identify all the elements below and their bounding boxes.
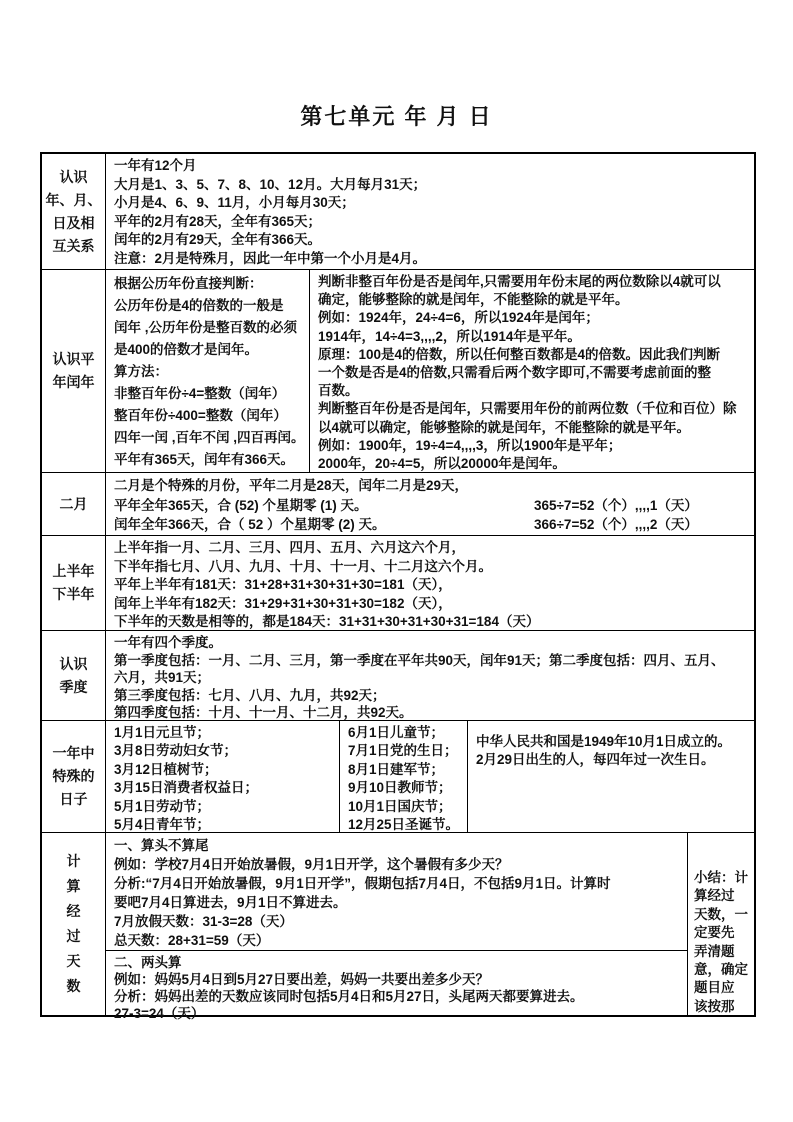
text-line: 一年有12个月 bbox=[114, 157, 746, 176]
text-line: 四年一闰 ,百年不闰 ,四百再闰。 bbox=[114, 427, 301, 449]
page-title: 第七单元 年 月 日 bbox=[0, 100, 793, 131]
text-line: 第四季度包括：十月、十一月、十二月，共92天。 bbox=[114, 704, 746, 720]
formula-segment: 366÷7=52（个）,,,,2（天） bbox=[534, 515, 746, 535]
table-row: 上半年 下半年 上半年指一月、二月、三月、四月、五月、六月这六个月， 下半年指七… bbox=[42, 535, 754, 630]
formula-segment: 365÷7=52（个）,,,,1（天） bbox=[534, 496, 746, 516]
leap-year-explain-cell: 判断非整百年份是否是闰年,只需要用年份末尾的两位数除以4就可以 确定，能够整除的… bbox=[310, 270, 754, 472]
row-header: 上半年 下半年 bbox=[42, 536, 106, 630]
text-line: 闰年全年366天，合（ 52 ）个星期零 (2) 天。 366÷7=52（个）,… bbox=[114, 515, 746, 535]
text-line: 非整百年份÷4=整数（闰年） bbox=[114, 383, 301, 405]
text-line: 要吧7月4日算进去，9月1日不算进去。 bbox=[114, 893, 679, 912]
text-line: 判断非整百年份是否是闰年,只需要用年份末尾的两位数除以4就可以 bbox=[318, 273, 746, 291]
text-line: 一个数是否是4的倍数,只需看后两个数字即可,不需要考虑前面的整 bbox=[318, 364, 746, 382]
table-row: 计 算 经 过 天 数 一、算头不算尾 例如：学校7月4日开始放暑假，9月1日开… bbox=[42, 832, 754, 1015]
text-line: 10月1日国庆节； bbox=[348, 798, 459, 816]
row-content: 一年有四个季度。 第一季度包括：一月、二月、三月，第一季度在平年共90天，闰年9… bbox=[106, 631, 754, 720]
text-line: 6月1日儿童节； bbox=[348, 724, 459, 742]
text-line: 3月12日植树节； bbox=[114, 761, 331, 779]
text-line: 8月1日建军节； bbox=[348, 761, 459, 779]
text-line: 算方法： bbox=[114, 361, 301, 383]
row-content: 上半年指一月、二月、三月、四月、五月、六月这六个月， 下半年指七月、八月、九月、… bbox=[106, 536, 754, 630]
text-line: 9月10日教师节； bbox=[348, 779, 459, 797]
text-line: 2000年，20÷4=5，所以20000年是闰年。 bbox=[318, 455, 746, 472]
text-line: 判断整百年份是否是闰年，只需要用年份的前两位数（千位和百位）除 bbox=[318, 400, 746, 418]
text-line: 1月1日元旦节； bbox=[114, 724, 331, 742]
text-line: 平年的2月有28天，全年有365天； bbox=[114, 213, 746, 232]
method-2-section: 二、两头算 例如：妈妈5月4日到5月27日要出差，妈妈一共要出差多少天？ 分析：… bbox=[106, 950, 687, 1022]
text-line: 中华人民共和国是1949年10月1日成立的。 bbox=[476, 733, 746, 751]
row-header: 一年中 特殊的 日子 bbox=[42, 721, 106, 832]
text-line: 小月是4、6、9、11月，小月每月30天； bbox=[114, 194, 746, 213]
text-line: 整百年份÷400=整数（闰年） bbox=[114, 405, 301, 427]
text-line: 5月1日劳动节； bbox=[114, 798, 331, 816]
text-line: 闰年 ,公历年份是整百数的必须 bbox=[114, 317, 301, 339]
row-header: 计 算 经 过 天 数 bbox=[42, 833, 106, 1015]
text-line: 根据公历年份直接判断： bbox=[114, 273, 301, 295]
document-page: 第七单元 年 月 日 认识 年、月、 日及相 互关系 一年有12个月 大月是1、… bbox=[0, 0, 793, 1122]
text-line: 闰年的2月有29天，全年有366天。 bbox=[114, 231, 746, 250]
text-line: 上半年指一月、二月、三月、四月、五月、六月这六个月， bbox=[114, 539, 746, 558]
text-line: 12月25日圣诞节。 bbox=[348, 816, 459, 832]
text-line: 平年上半年有181天：31+28+31+30+31+30=181（天）， bbox=[114, 576, 746, 595]
summary-note: 小结：计 算经过 天数，一 定要先 弄清题 意，确定 题目应 该按那 bbox=[687, 833, 754, 1015]
row-header: 认识平 年闰年 bbox=[42, 270, 106, 472]
text-line: 27-3=24（天） bbox=[114, 1005, 679, 1022]
text-line: 分析：妈妈出差的天数应该同时包括5月4日和5月27日，头尾两天都要算进去。 bbox=[114, 988, 679, 1005]
text-line: 分析:“7月4日开始放暑假，9月1日开学”，假期包括7月4日，不包括9月1日。计… bbox=[114, 874, 679, 893]
text-line: 闰年上半年有182天：31+29+31+30+31+30=182（天）， bbox=[114, 595, 746, 614]
text-line: 平年全年365天，合 (52) 个星期零 (1) 天。 365÷7=52（个）,… bbox=[114, 496, 746, 516]
text-line: 1914年，14÷4=3,,,,2，所以1914年是平年。 bbox=[318, 328, 746, 346]
text-line: 总天数：28+31=59（天） bbox=[114, 931, 679, 950]
text-segment: 平年全年365天，合 (52) 个星期零 (1) 天。 bbox=[114, 496, 534, 516]
text-line: 确定，能够整除的就是闰年，不能整除的就是平年。 bbox=[318, 291, 746, 309]
row-content: 一年有12个月 大月是1、3、5、7、8、10、12月。大月每月31天； 小月是… bbox=[106, 154, 754, 269]
text-line: 是400的倍数才是闰年。 bbox=[114, 339, 301, 361]
text-line: 例如：妈妈5月4日到5月27日要出差，妈妈一共要出差多少天？ bbox=[114, 971, 679, 988]
row-header: 二月 bbox=[42, 473, 106, 535]
table-row: 二月 二月是个特殊的月份，平年二月是28天，闰年二月是29天， 平年全年365天… bbox=[42, 472, 754, 535]
text-line: 原理：100是4的倍数，所以任何整百数都是4的倍数。因此我们判断 bbox=[318, 346, 746, 364]
leap-year-rule-cell: 根据公历年份直接判断： 公历年份是4的倍数的一般是 闰年 ,公历年份是整百数的必… bbox=[106, 270, 310, 472]
table-row: 认识 年、月、 日及相 互关系 一年有12个月 大月是1、3、5、7、8、10、… bbox=[42, 154, 754, 269]
day-count-main: 一、算头不算尾 例如：学校7月4日开始放暑假，9月1日开学，这个暑假有多少天？ … bbox=[106, 833, 687, 1015]
row-header: 认识 季度 bbox=[42, 631, 106, 720]
text-line: 注意：2月是特殊月，因此一年中第一个小月是4月。 bbox=[114, 250, 746, 269]
holidays-col2: 6月1日儿童节； 7月1日党的生日； 8月1日建军节； 9月10日教师节； 10… bbox=[340, 721, 468, 832]
text-line: 第一季度包括：一月、二月、三月，第一季度在平年共90天，闰年91天；第二季度包括… bbox=[114, 652, 746, 670]
text-line: 7月1日党的生日； bbox=[348, 742, 459, 760]
table-row: 一年中 特殊的 日子 1月1日元旦节； 3月8日劳动妇女节； 3月12日植树节；… bbox=[42, 720, 754, 832]
text-line: 六月，共91天； bbox=[114, 669, 746, 687]
text-segment: 闰年全年366天，合（ 52 ）个星期零 (2) 天。 bbox=[114, 515, 534, 535]
table-row: 认识 季度 一年有四个季度。 第一季度包括：一月、二月、三月，第一季度在平年共9… bbox=[42, 630, 754, 720]
row-content: 二月是个特殊的月份，平年二月是28天，闰年二月是29天， 平年全年365天，合 … bbox=[106, 473, 754, 535]
holidays-col3: 中华人民共和国是1949年10月1日成立的。 2月29日出生的人，每四年过一次生… bbox=[468, 721, 754, 832]
text-line: 例如：学校7月4日开始放暑假，9月1日开学，这个暑假有多少天？ bbox=[114, 855, 679, 874]
text-line: 二月是个特殊的月份，平年二月是28天，闰年二月是29天， bbox=[114, 476, 746, 496]
table-row: 认识平 年闰年 根据公历年份直接判断： 公历年份是4的倍数的一般是 闰年 ,公历… bbox=[42, 269, 754, 472]
notes-table: 认识 年、月、 日及相 互关系 一年有12个月 大月是1、3、5、7、8、10、… bbox=[40, 152, 756, 1017]
text-line: 大月是1、3、5、7、8、10、12月。大月每月31天； bbox=[114, 176, 746, 195]
text-line: 例如：1900年，19÷4=4,,,,3，所以1900年是平年； bbox=[318, 437, 746, 455]
text-line: 3月15日消费者权益日； bbox=[114, 779, 331, 797]
text-line: 公历年份是4的倍数的一般是 bbox=[114, 295, 301, 317]
row-header: 认识 年、月、 日及相 互关系 bbox=[42, 154, 106, 269]
text-line: 下半年指七月、八月、九月、十月、十一月、十二月这六个月。 bbox=[114, 558, 746, 577]
text-line: 例如：1924年，24÷4=6，所以1924年是闰年； bbox=[318, 309, 746, 327]
text-line: 一、算头不算尾 bbox=[114, 836, 679, 855]
holidays-col1: 1月1日元旦节； 3月8日劳动妇女节； 3月12日植树节； 3月15日消费者权益… bbox=[106, 721, 340, 832]
text-line: 第三季度包括：七月、八月、九月，共92天； bbox=[114, 687, 746, 705]
text-line: 2月29日出生的人，每四年过一次生日。 bbox=[476, 751, 746, 769]
method-1-section: 一、算头不算尾 例如：学校7月4日开始放暑假，9月1日开学，这个暑假有多少天？ … bbox=[106, 833, 687, 950]
text-line: 以4就可以确定，能够整除的就是闰年，不能整除的就是平年。 bbox=[318, 419, 746, 437]
text-line: 下半年的天数是相等的，都是184天：31+31+30+31+30+31=184（… bbox=[114, 613, 746, 630]
text-line: 7月放假天数：31-3=28（天） bbox=[114, 912, 679, 931]
text-line: 3月8日劳动妇女节； bbox=[114, 742, 331, 760]
text-line: 5月4日青年节； bbox=[114, 816, 331, 832]
text-line: 百数。 bbox=[318, 382, 746, 400]
text-line: 一年有四个季度。 bbox=[114, 634, 746, 652]
text-line: 二、两头算 bbox=[114, 954, 679, 971]
text-line: 平年有365天，闰年有366天。 bbox=[114, 449, 301, 471]
